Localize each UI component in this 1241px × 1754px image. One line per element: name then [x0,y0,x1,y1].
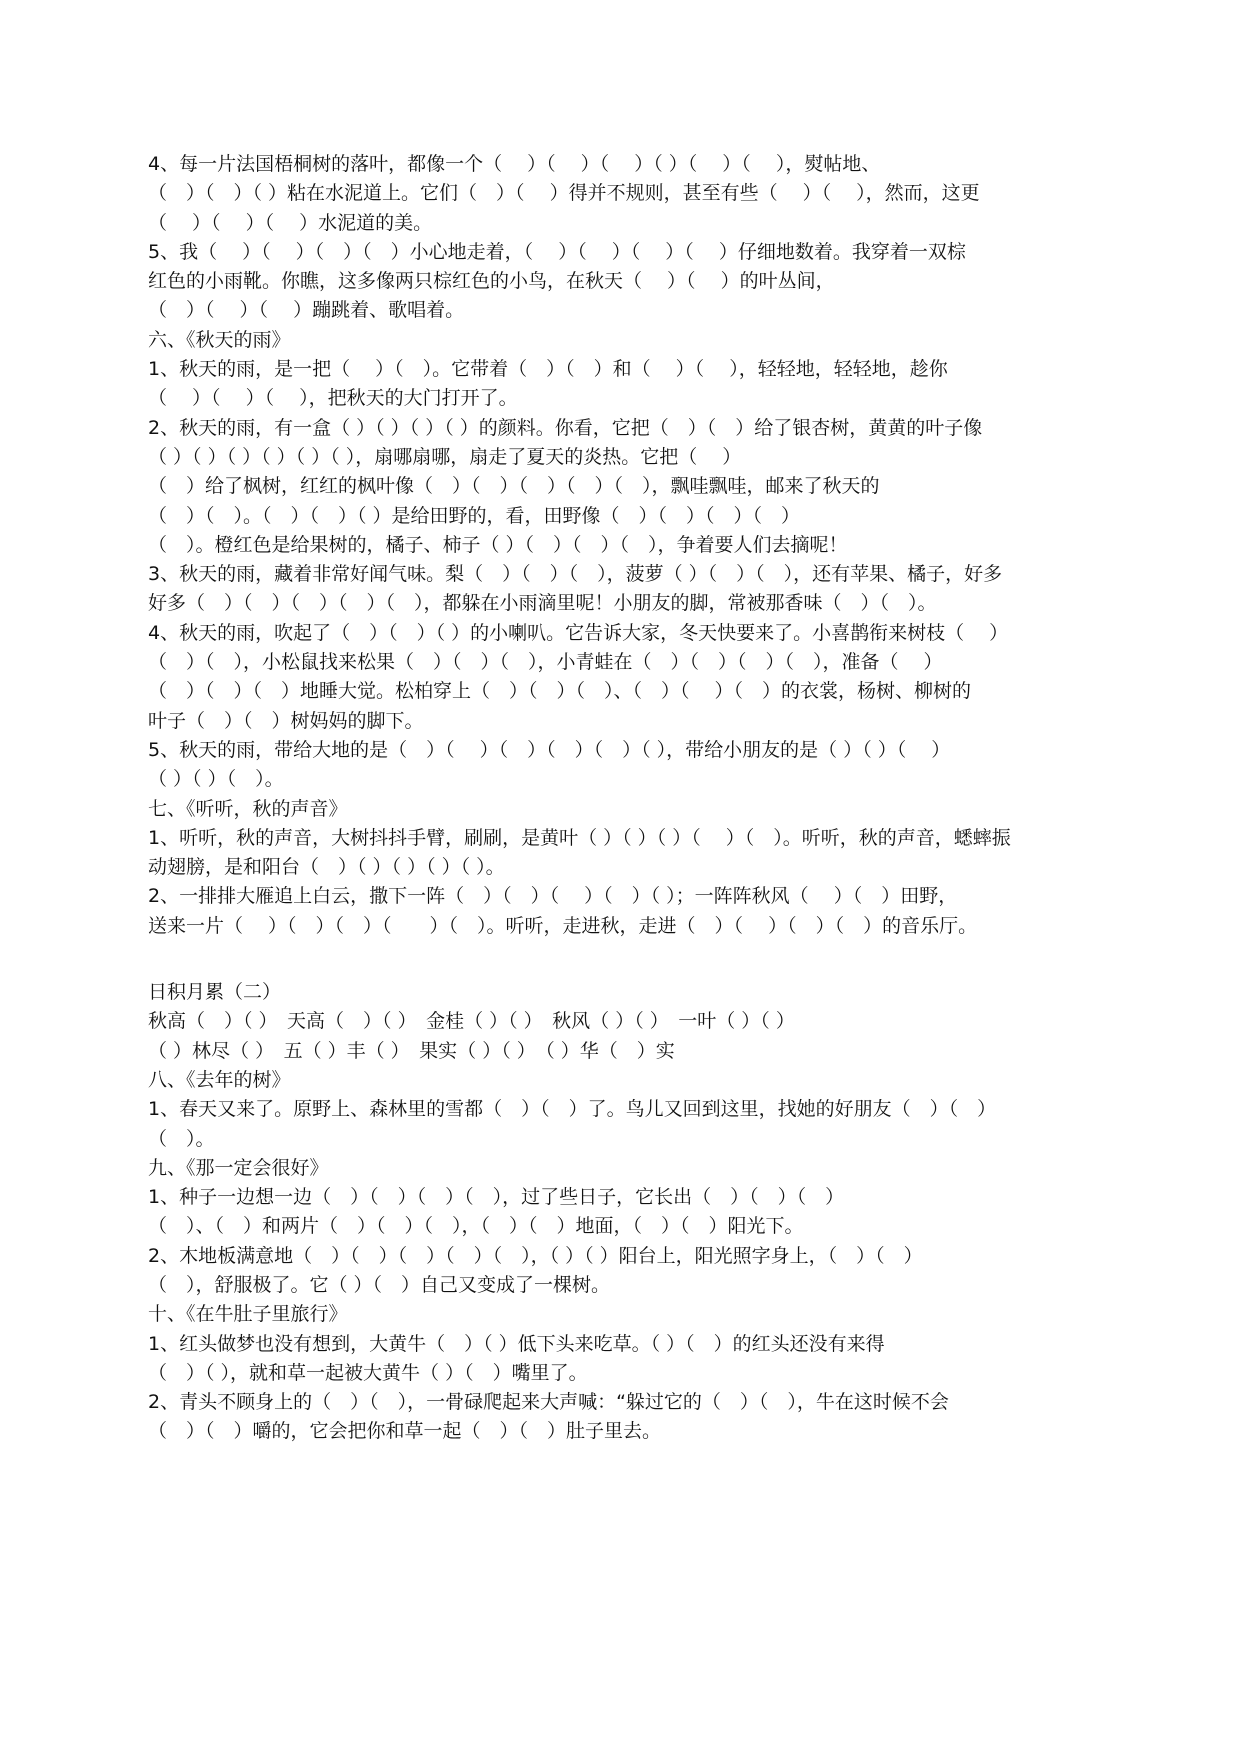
fill-in-question: 1、秋天的雨，是一把（ ）（ ）。它带着（ ）（ ）和（ ）（ ），轻轻地，轻轻… [148,355,1108,414]
question-line: 1、听听，秋的声音，大树抖抖手臂，刷刷，是黄叶（ ）（ ）（ ）（ ）（ ）。听… [148,824,1108,853]
fill-in-question: 2、一排排大雁追上白云，撒下一阵（ ）（ ）（ ）（ ）（ ）；一阵阵秋风（ ）… [148,882,1108,941]
question-line: （ ）（ ）（ ）（ ）（ ）（ ），扇哪扇哪，扇走了夏天的炎热。它把（ ） [148,443,1108,472]
question-line: 好多（ ）（ ）（ ）（ ）（ ），都躲在小雨滴里呢！小朋友的脚，常被那香味（ … [148,589,1108,618]
worksheet-page: 4、每一片法国梧桐树的落叶，都像一个（ ）（ ）（ ）（ ）（ ）（ ），熨帖地… [148,150,1108,1447]
question-line: （ ）（ ）（ ）粘在水泥道上。它们（ ）（ ）得并不规则，甚至有些（ ）（ ）… [148,179,1108,208]
fill-in-question: 3、秋天的雨，藏着非常好闻气味。梨（ ）（ ）（ ），菠萝（ ）（ ）（ ），还… [148,560,1108,619]
question-line: （ ）（ ）（ ），把秋天的大门打开了。 [148,384,1108,413]
section-heading: 九、《那一定会很好》 [148,1154,1108,1183]
question-line: 秋高（ ）（ ） 天高（ ）（ ） 金桂（ ）（ ） 秋风（ ）（ ） 一叶（ … [148,1007,1108,1036]
question-line: 1、种子一边想一边（ ）（ ）（ ）（ ），过了些日子，它长出（ ）（ ）（ ） [148,1183,1108,1212]
question-line: （ ）（ ），小松鼠找来松果（ ）（ ）（ ），小青蛙在（ ）（ ）（ ）（ ）… [148,648,1108,677]
question-line: 2、秋天的雨，有一盒（ ）（ ）（ ）（ ）的颜料。你看，它把（ ）（ ）给了银… [148,414,1108,443]
question-line: （ ）、（ ）和两片（ ）（ ）（ ），（ ）（ ）地面，（ ）（ ）阳光下。 [148,1212,1108,1241]
question-line: 动翅膀，是和阳台（ ）（ ）（ ）（ ）（ ）。 [148,853,1108,882]
question-line: （ ）（ ）（ ）。 [148,765,1108,794]
question-line: 3、秋天的雨，藏着非常好闻气味。梨（ ）（ ）（ ），菠萝（ ）（ ）（ ），还… [148,560,1108,589]
question-line: 1、红头做梦也没有想到，大黄牛（ ）（ ）低下头来吃草。（ ）（ ）的红头还没有… [148,1330,1108,1359]
fill-in-question: 2、木地板满意地（ ）（ ）（ ）（ ）（ ），（ ）（ ）阳台上，阳光照字身上… [148,1242,1108,1301]
question-line: 红色的小雨靴。你瞧，这多像两只棕红色的小鸟，在秋天（ ）（ ）的叶丛间， [148,267,1108,296]
question-line: 4、秋天的雨，吹起了（ ）（ ）（ ）的小喇叭。它告诉大家，冬天快要来了。小喜鹊… [148,619,1108,648]
fill-in-question: 1、听听，秋的声音，大树抖抖手臂，刷刷，是黄叶（ ）（ ）（ ）（ ）（ ）。听… [148,824,1108,883]
fill-in-question: 2、青头不顾身上的（ ）（ ），一骨碌爬起来大声喊：“躲过它的（ ）（ ），牛在… [148,1388,1108,1447]
question-line: 4、每一片法国梧桐树的落叶，都像一个（ ）（ ）（ ）（ ）（ ）（ ），熨帖地… [148,150,1108,179]
question-line: 2、青头不顾身上的（ ）（ ），一骨碌爬起来大声喊：“躲过它的（ ）（ ），牛在… [148,1388,1108,1417]
question-line: 送来一片（ ）（ ）（ ）（ ）（ ）。听听，走进秋，走进（ ）（ ）（ ）（ … [148,912,1108,941]
question-line: （ ）（ ）（ ）蹦跳着、歌唱着。 [148,296,1108,325]
fill-in-question: 秋高（ ）（ ） 天高（ ）（ ） 金桂（ ）（ ） 秋风（ ）（ ） 一叶（ … [148,1007,1108,1066]
question-line: 叶子（ ）（ ）树妈妈的脚下。 [148,707,1108,736]
question-line: （ ）（ ），就和草一起被大黄牛（ ）（ ）嘴里了。 [148,1359,1108,1388]
question-line: （ ），舒服极了。它（ ）（ ）自己又变成了一棵树。 [148,1271,1108,1300]
question-line: （ ）。 [148,1125,1108,1154]
question-line: （ ）林尽（ ） 五（ ）丰（ ） 果实（ ）（ ） （ ）华（ ）实 [148,1037,1108,1066]
fill-in-question: 1、种子一边想一边（ ）（ ）（ ）（ ），过了些日子，它长出（ ）（ ）（ ）… [148,1183,1108,1242]
fill-in-question: 5、秋天的雨，带给大地的是（ ）（ ）（ ）（ ）（ ）（ ），带给小朋友的是（… [148,736,1108,795]
fill-in-question: 1、红头做梦也没有想到，大黄牛（ ）（ ）低下头来吃草。（ ）（ ）的红头还没有… [148,1330,1108,1389]
fill-in-question: 1、春天又来了。原野上、森林里的雪都（ ）（ ）了。鸟儿又回到这里，找她的好朋友… [148,1095,1108,1154]
question-line: 1、秋天的雨，是一把（ ）（ ）。它带着（ ）（ ）和（ ）（ ），轻轻地，轻轻… [148,355,1108,384]
question-line: （ ）（ ）（ ）水泥道的美。 [148,209,1108,238]
question-line: （ ）（ ）（ ）地睡大觉。松柏穿上（ ）（ ）（ ）、（ ）（ ）（ ）的衣裳… [148,677,1108,706]
section-heading: 十、《在牛肚子里旅行》 [148,1300,1108,1329]
section-heading: 八、《去年的树》 [148,1066,1108,1095]
question-line: 2、木地板满意地（ ）（ ）（ ）（ ）（ ），（ ）（ ）阳台上，阳光照字身上… [148,1242,1108,1271]
question-line: 2、一排排大雁追上白云，撒下一阵（ ）（ ）（ ）（ ）（ ）；一阵阵秋风（ ）… [148,882,1108,911]
question-line: （ ）（ ）嚼的，它会把你和草一起（ ）（ ）肚子里去。 [148,1417,1108,1446]
question-line: （ ）给了枫树，红红的枫叶像（ ）（ ）（ ）（ ）（ ），飘哇飘哇，邮来了秋天… [148,472,1108,501]
question-line: 5、我（ ）（ ）（ ）（ ）小心地走着，（ ）（ ）（ ）（ ）仔细地数着。我… [148,238,1108,267]
section-heading: 六、《秋天的雨》 [148,326,1108,355]
question-line: （ ）。橙红色是给果树的，橘子、柿子（ ）（ ）（ ）（ ），争着要人们去摘呢！ [148,531,1108,560]
section-heading: 七、《听听，秋的声音》 [148,795,1108,824]
section-heading: 日积月累（二） [148,978,1108,1007]
fill-in-question: 4、每一片法国梧桐树的落叶，都像一个（ ）（ ）（ ）（ ）（ ）（ ），熨帖地… [148,150,1108,238]
section-gap [148,941,1108,978]
question-line: 1、春天又来了。原野上、森林里的雪都（ ）（ ）了。鸟儿又回到这里，找她的好朋友… [148,1095,1108,1124]
fill-in-question: 2、秋天的雨，有一盒（ ）（ ）（ ）（ ）的颜料。你看，它把（ ）（ ）给了银… [148,414,1108,560]
question-line: 5、秋天的雨，带给大地的是（ ）（ ）（ ）（ ）（ ）（ ），带给小朋友的是（… [148,736,1108,765]
fill-in-question: 4、秋天的雨，吹起了（ ）（ ）（ ）的小喇叭。它告诉大家，冬天快要来了。小喜鹊… [148,619,1108,736]
question-line: （ ）（ ）。（ ）（ ）（ ）是给田野的，看，田野像（ ）（ ）（ ）（ ） [148,502,1108,531]
fill-in-question: 5、我（ ）（ ）（ ）（ ）小心地走着，（ ）（ ）（ ）（ ）仔细地数着。我… [148,238,1108,326]
